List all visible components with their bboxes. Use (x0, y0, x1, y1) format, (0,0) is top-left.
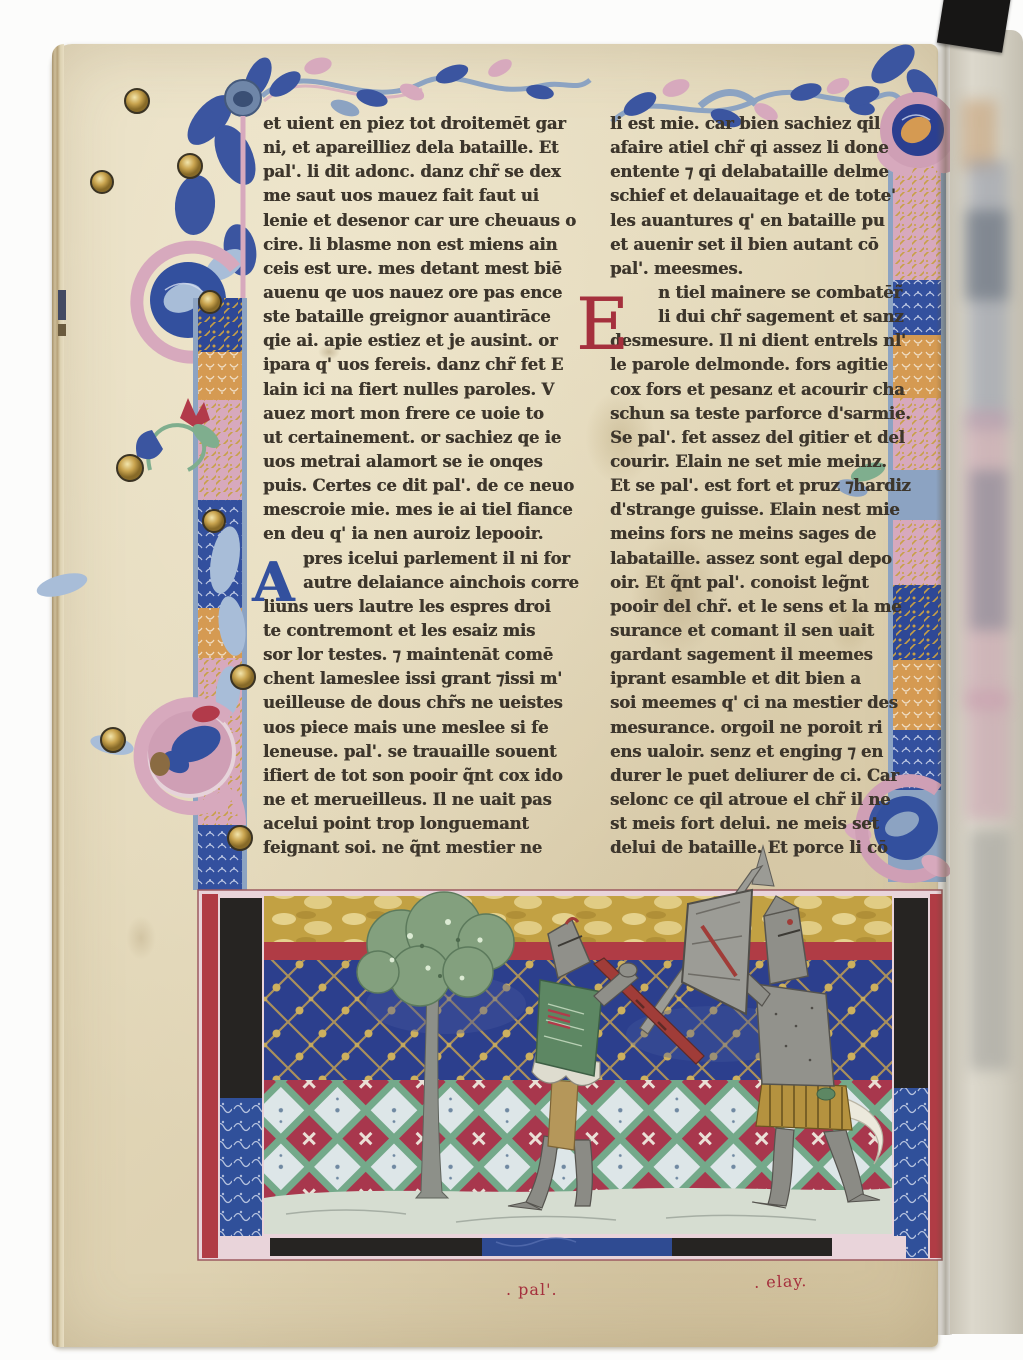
text-line: qie ai. apie estiez et je ausint. or (263, 329, 585, 353)
text-column-left: et uient en piez tot droitemēt garni, et… (263, 112, 585, 860)
text-line: feignant soi. ne q̃nt mestier ne (263, 836, 585, 860)
text-line: mescroie mie. mes ie ai tiel fiance (263, 498, 585, 522)
text-line: iprant esamble et dit bien a (610, 667, 936, 691)
next-folio-edge (950, 30, 1023, 1334)
text-line: cox fors et pesanz et acourir cha (610, 378, 936, 402)
parchment-stain (126, 916, 156, 960)
text-line: soi meemes q' ci na mestier des (610, 691, 936, 715)
text-line: selonc ce qil atroue el chr̃ il ne (610, 788, 936, 812)
text-line: liuns uers lautre les espres droi (263, 595, 585, 619)
text-line: puis. Certes ce dit pal'. de ce neuo (263, 474, 585, 498)
text-line: uos piece mais une meslee si fe (263, 716, 585, 740)
text-line: le parole delmonde. fors agitie (610, 353, 936, 377)
caption-elay: . elay. (754, 1271, 808, 1292)
text-line: pal'. meesmes. (610, 257, 936, 281)
text-line: courir. Elain ne set mie meinz. (610, 450, 936, 474)
text-line: Et se pal'. est fort et pruz ⁊hardiz (610, 474, 936, 498)
text-line: d'strange guisse. Elain nest mie (610, 498, 936, 522)
text-line: ifiert de tot son pooir q̃nt cox ido (263, 764, 585, 788)
text-line: n tiel mainere se combatēr̃ (610, 281, 936, 305)
text-line: surance et comant il sen uait (610, 619, 936, 643)
text-line: auenu qe uos nauez ore pas ence (263, 281, 585, 305)
page-stack-edge (52, 44, 64, 1347)
text-line: lain ici na fiert nulles paroles. V (263, 378, 585, 402)
text-line: li est mie. car bien sachiez qil (610, 112, 936, 136)
text-line: sor lor testes. ⁊ maintenāt comē (263, 643, 585, 667)
text-line: ut certainement. or sachiez qe ie (263, 426, 585, 450)
illuminated-initial-e: E (576, 282, 629, 366)
text-line: oir. Et q̃nt pal'. conoist leg̃nt (610, 571, 936, 595)
text-line: acelui point trop longuemant (263, 812, 585, 836)
text-line: st meis fort delui. ne meis set (610, 812, 936, 836)
text-line: et auenir set il bien autant cō (610, 233, 936, 257)
text-line: pal'. li dit adonc. danz chr̃ se dex (263, 160, 585, 184)
text-line: durer le puet deliurer de ci. Car (610, 764, 936, 788)
text-line: Se pal'. fet assez del gitier et del (610, 426, 936, 450)
text-line: meins fors ne meins sages de (610, 522, 936, 546)
text-line: et uient en piez tot droitemēt gar (263, 112, 585, 136)
text-line: schun sa teste parforce d'sarmie. (610, 402, 936, 426)
text-line: gardant sagement il meemes (610, 643, 936, 667)
text-line: mesurance. orgoil ne poroit ri (610, 716, 936, 740)
text-line: pooir del chr̃. et le sens et la me (610, 595, 936, 619)
text-column-right: li est mie. car bien sachiez qilafaire a… (610, 112, 936, 860)
text-line: lenie et desenor car ure cheuaus o (263, 209, 585, 233)
caption-pal: . pal'. (506, 1280, 558, 1299)
text-line: ens ualoir. senz et enging ⁊ en (610, 740, 936, 764)
illuminated-initial-a: A (252, 550, 294, 614)
text-line: te contremont et les esaiz mis (263, 619, 585, 643)
manuscript-photo: et uient en piez tot droitemēt garni, et… (0, 0, 1023, 1360)
text-line: ne et merueilleus. Il ne uait pas (263, 788, 585, 812)
text-line: cire. li blasme non est miens ain (263, 233, 585, 257)
text-line: leneuse. pal'. se trauaille souent (263, 740, 585, 764)
text-line: ipara q' uos fereis. danz chr̃ fet E (263, 353, 585, 377)
text-line: labataille. assez sont egal depo (610, 547, 936, 571)
text-line: li dui chr̃ sagement et sanz (610, 305, 936, 329)
text-line: ste bataille greignor auantirāce (263, 305, 585, 329)
text-line: autre delaiance ainchois corre (263, 571, 585, 595)
text-line: chent lameslee issi grant ⁊issi m' (263, 667, 585, 691)
text-line: ceis est ure. mes detant mest biē (263, 257, 585, 281)
showthrough (970, 470, 1008, 630)
text-line: schief et delauaitage et de tote' (610, 184, 936, 208)
showthrough (966, 210, 1008, 300)
text-line: entente ⁊ qi delabataille delme (610, 160, 936, 184)
text-line: ueilleuse de dous chr̃s ne ueistes (263, 691, 585, 715)
text-line: afaire atiel chr̃ qi assez li done (610, 136, 936, 160)
text-line: delui de bataille. Et porce li cō (610, 836, 936, 860)
text-line: en deu q' ia nen auroiz lepooir. (263, 522, 585, 546)
text-line: me saut uos mauez fait faut ui (263, 184, 585, 208)
showthrough (966, 690, 1010, 820)
text-line: desmesure. Il ni dient entrels nl' (610, 329, 936, 353)
showthrough (970, 830, 1010, 1070)
text-line: uos metrai alamort se ie onqes (263, 450, 585, 474)
text-line: ni, et apareilliez dela bataille. Et (263, 136, 585, 160)
text-line: auez mort mon frere ce uoie to (263, 402, 585, 426)
miniature-scene (264, 866, 892, 1234)
miniature-combat-scene (196, 884, 946, 1264)
binding-mark (58, 290, 66, 320)
text-line: pres icelui parlement il ni for (263, 547, 585, 571)
binding-mark (58, 324, 66, 336)
text-line: les auantures q' en bataille pu (610, 209, 936, 233)
